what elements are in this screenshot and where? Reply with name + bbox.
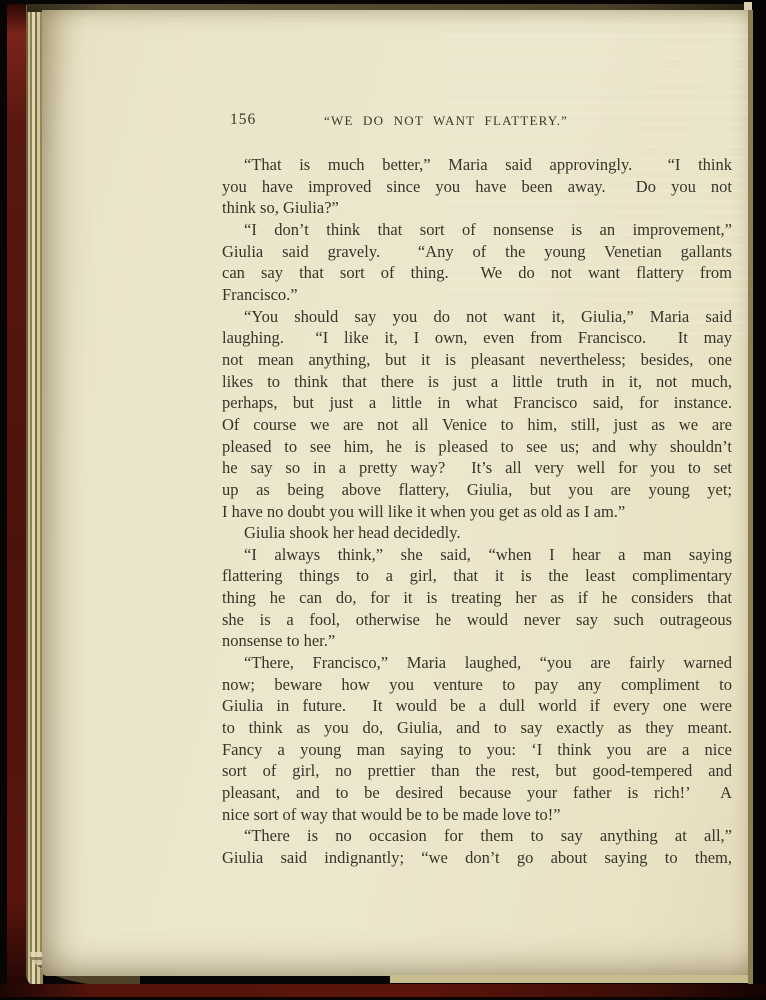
page-header: 156 “WE DO NOT WANT FLATTERY.”	[222, 111, 732, 133]
background-right	[753, 0, 766, 1000]
text-line: up as being above flattery, Giulia, but …	[222, 479, 732, 501]
book-cover-bottom	[0, 984, 766, 997]
text-line: you have improved since you have been aw…	[222, 176, 732, 198]
page-edge-under-right	[390, 975, 748, 983]
text-line: thing he can do, for it is treating her …	[222, 587, 732, 609]
text-line: Of course we are not all Venice to him, …	[222, 414, 732, 436]
book-page: 156 “WE DO NOT WANT FLATTERY.” “That is …	[42, 10, 752, 976]
paragraph: Giulia shook her head decidedly.	[222, 522, 732, 544]
text-line: “There, Francisco,” Maria laughed, “you …	[222, 652, 732, 674]
text-line: Giulia said indignantly; “we don’t go ab…	[222, 847, 732, 869]
text-line: nonsense to her.”	[222, 630, 732, 652]
text-line: he say so in a pretty way? It’s all very…	[222, 457, 732, 479]
paragraph: “I always think,” she said, “when I hear…	[222, 544, 732, 652]
text-line: perhaps, but just a little in what Franc…	[222, 392, 732, 414]
book-cover-spine	[7, 4, 27, 996]
text-block: “That is much better,” Maria said approv…	[222, 154, 732, 869]
paragraph: “I don’t think that sort of nonsense is …	[222, 219, 732, 306]
text-line: laughing. “I like it, I own, even from F…	[222, 327, 732, 349]
text-line: “You should say you do not want it, Giul…	[222, 306, 732, 328]
text-line: “I always think,” she said, “when I hear…	[222, 544, 732, 566]
text-line: not mean anything, but it is pleasant ne…	[222, 349, 732, 371]
text-line: I have no doubt you will like it when yo…	[222, 501, 732, 523]
text-line: likes to think that there is just a litt…	[222, 371, 732, 393]
text-line: flattering things to a girl, that it is …	[222, 565, 732, 587]
text-line: Fancy a young man saying to you: ‘I thin…	[222, 739, 732, 761]
text-line: to think as you do, Giulia, and to say e…	[222, 717, 732, 739]
text-line: she is a fool, otherwise he would never …	[222, 609, 732, 631]
text-line: “I don’t think that sort of nonsense is …	[222, 219, 732, 241]
text-line: “That is much better,” Maria said approv…	[222, 154, 732, 176]
paragraph: “You should say you do not want it, Giul…	[222, 306, 732, 523]
page-number: 156	[230, 111, 256, 129]
text-line: now; beware how you venture to pay any c…	[222, 674, 732, 696]
text-line: can say that sort of thing. We do not wa…	[222, 262, 732, 284]
running-title: “WE DO NOT WANT FLATTERY.”	[324, 113, 568, 129]
text-line: Francisco.”	[222, 284, 732, 306]
paragraph: “That is much better,” Maria said approv…	[222, 154, 732, 219]
text-line: pleased to see him, he is pleased to see…	[222, 436, 732, 458]
text-line: think so, Giulia?”	[222, 197, 732, 219]
book-scan-photo: 156 “WE DO NOT WANT FLATTERY.” “That is …	[0, 0, 766, 1000]
paragraph: “There is no occasion for them to say an…	[222, 825, 732, 868]
text-line: nice sort of way that would be to be mad…	[222, 804, 732, 826]
text-line: pleasant, and to be desired because your…	[222, 782, 732, 804]
text-line: Giulia in future. It would be a dull wor…	[222, 695, 732, 717]
text-line: “There is no occasion for them to say an…	[222, 825, 732, 847]
text-line: Giulia said gravely. “Any of the young V…	[222, 241, 732, 263]
text-line: Giulia shook her head decidedly.	[222, 522, 732, 544]
text-line: sort of girl, no prettier than the rest,…	[222, 760, 732, 782]
page-edges-left	[26, 5, 43, 988]
paragraph: “There, Francisco,” Maria laughed, “you …	[222, 652, 732, 825]
